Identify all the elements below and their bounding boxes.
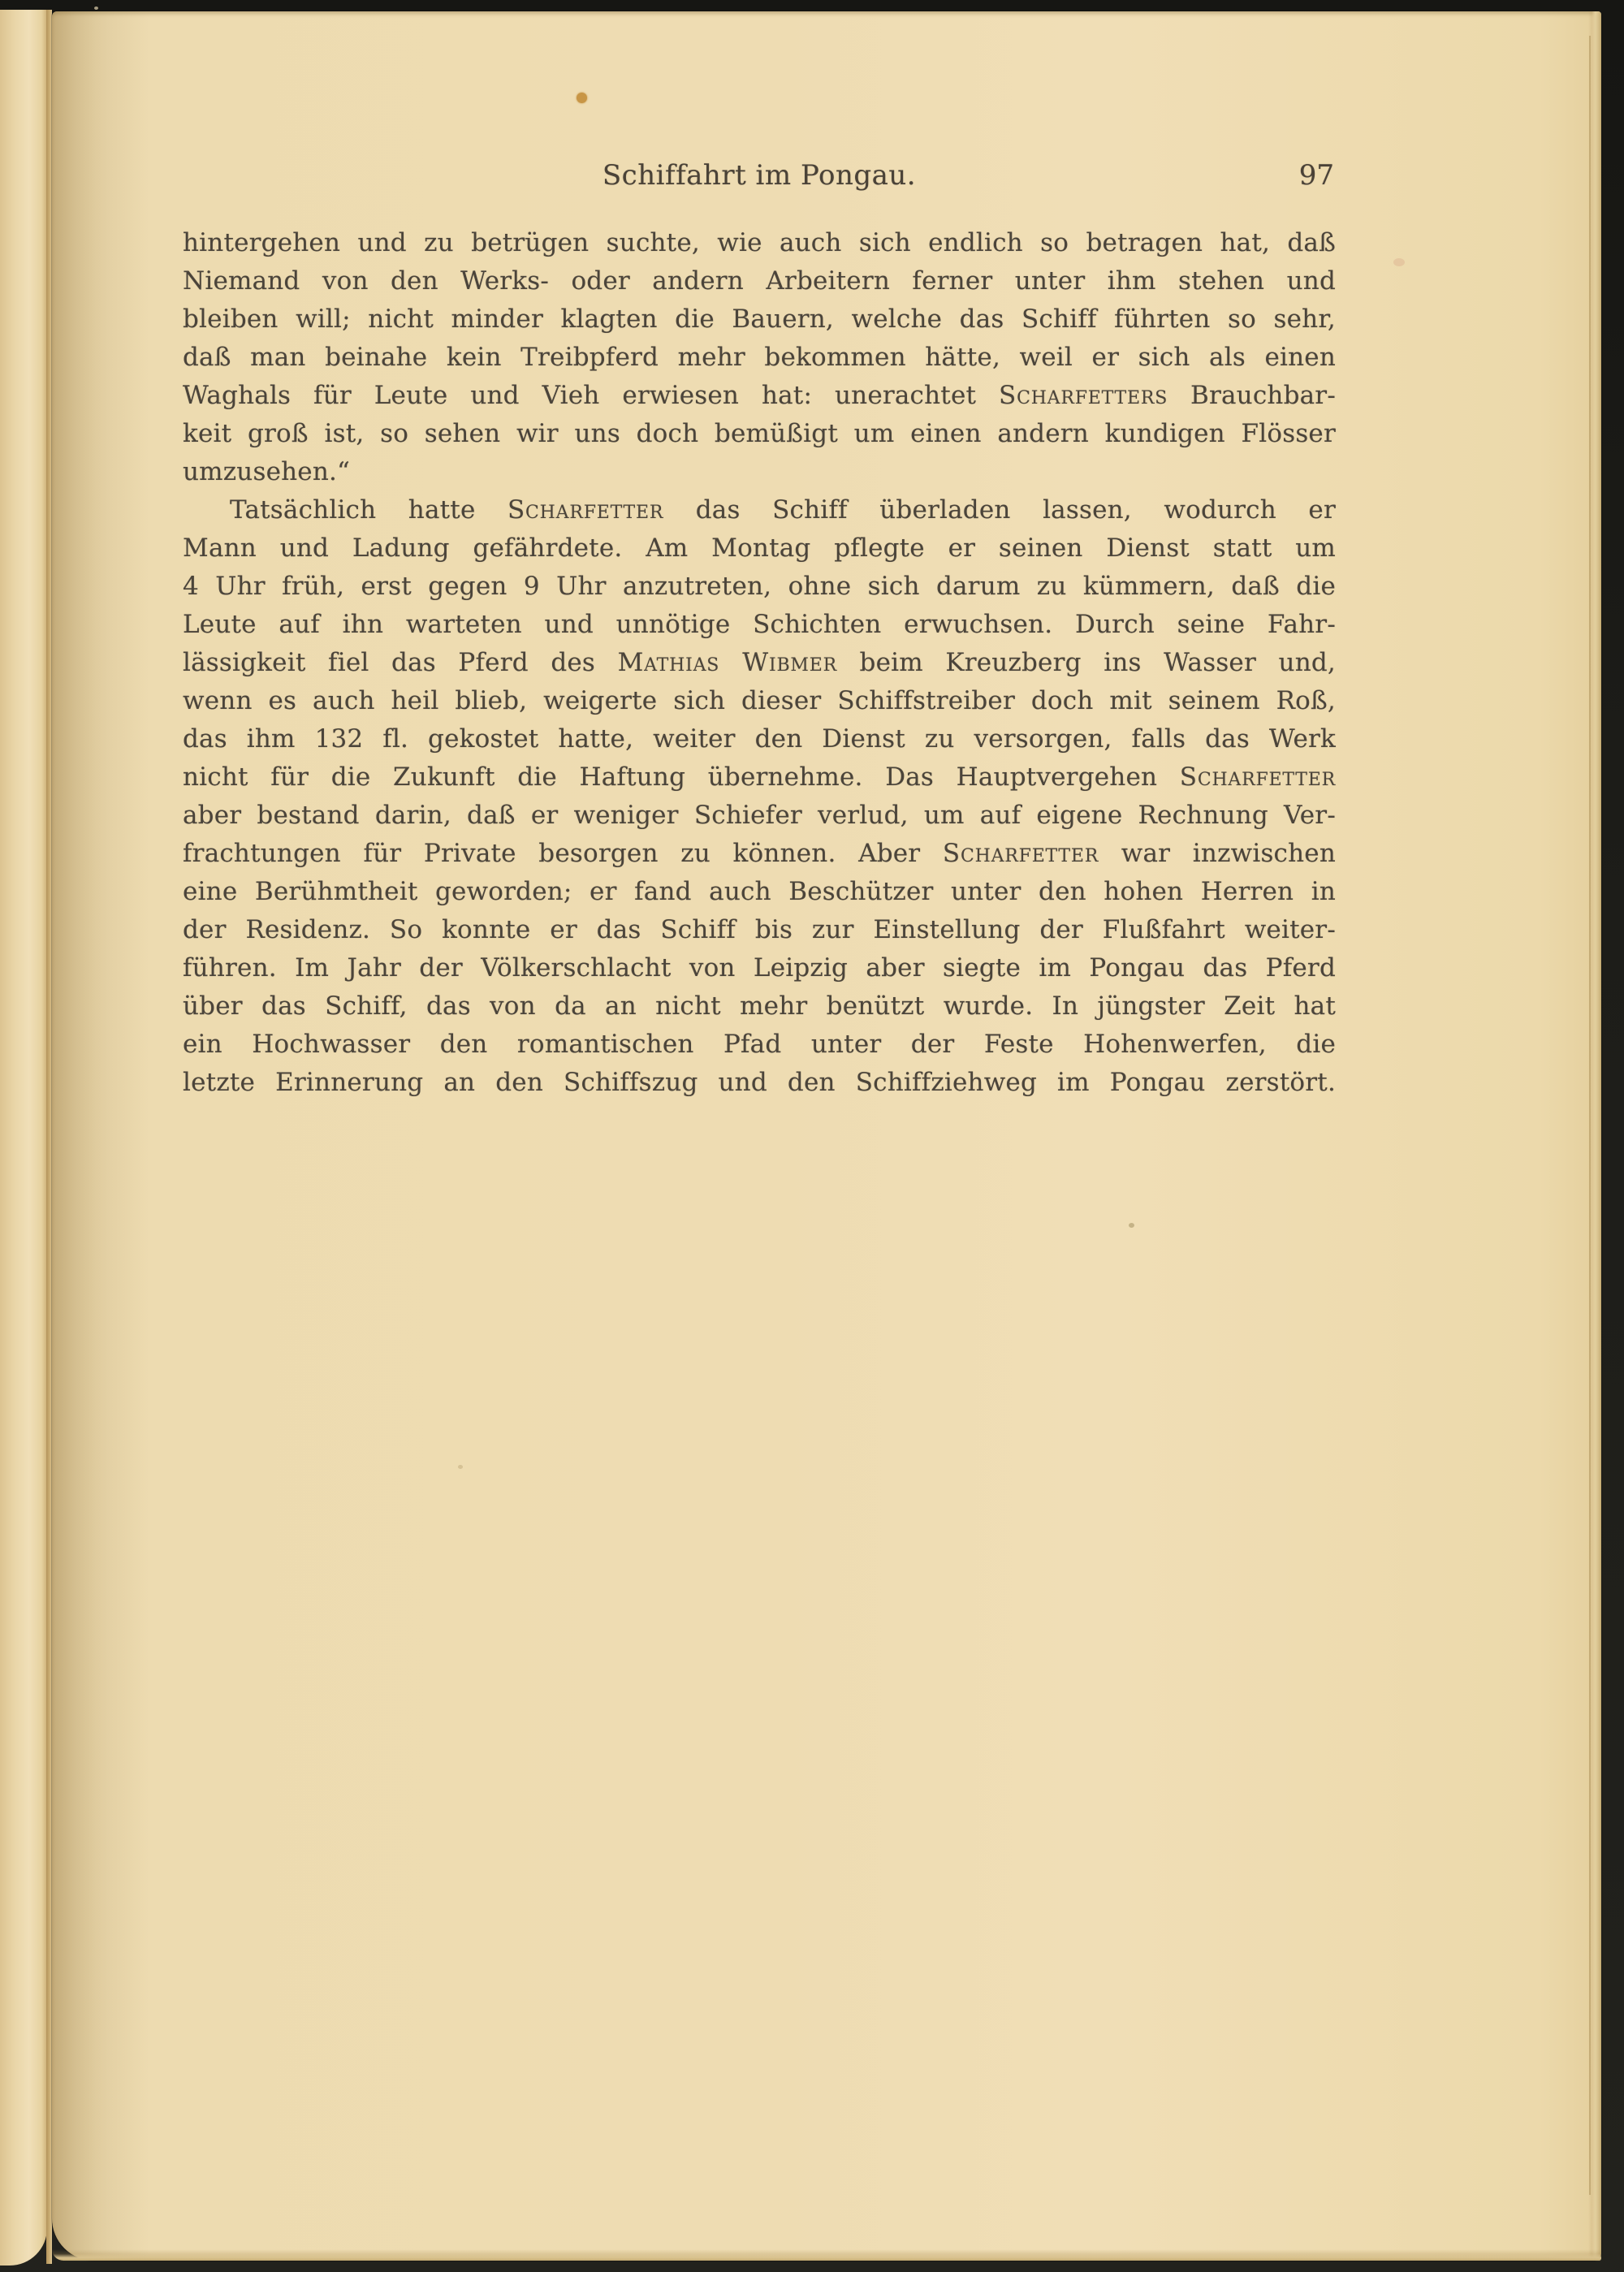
paragraph: Tatsächlich hatte Scharfetter das Schiff…	[183, 491, 1336, 1102]
scanned-book-photo: { "colors": { "paper": "#eedcb2", "paper…	[0, 0, 1624, 2272]
text-line: führen. Im Jahr der Völkerschlacht von L…	[183, 949, 1336, 987]
page-gutter-shadow	[52, 11, 149, 2261]
page-bottom-edge	[52, 2249, 1601, 2261]
text-line: lässigkeit fiel das Pferd des Mathias Wi…	[183, 644, 1336, 682]
small-caps-name: Scharfetter	[1180, 762, 1336, 792]
text-line: eine Berühmtheit geworden; er fand auch …	[183, 873, 1336, 911]
paper-speck	[458, 1465, 463, 1469]
text-line: letzte Erinnerung an den Schiffszug und …	[183, 1064, 1336, 1102]
paper-smudge	[1393, 258, 1405, 266]
paper-speck	[1129, 1223, 1134, 1228]
running-title: Schiffahrt im Pongau.	[183, 158, 1336, 193]
text-line: Waghals für Leute und Vieh erwiesen hat:…	[183, 377, 1336, 415]
text-line: wenn es auch heil blieb, weigerte sich d…	[183, 682, 1336, 720]
book-page: Schiffahrt im Pongau. 97 hintergehen und…	[52, 11, 1601, 2261]
small-caps-name: Mathias Wibmer	[618, 648, 837, 677]
body-text: hintergehen und zu betrügen suchte, wie …	[183, 224, 1336, 1102]
text-line: keit groß ist, so sehen wir uns doch bem…	[183, 415, 1336, 453]
text-line: über das Schiff, das von da an nicht meh…	[183, 987, 1336, 1026]
text-line: daß man beinahe kein Treibpferd mehr bek…	[183, 339, 1336, 377]
text-line: Mann und Ladung gefährdete. Am Montag pf…	[183, 529, 1336, 568]
gutter-crease	[46, 10, 52, 2264]
text-line: Tatsächlich hatte Scharfetter das Schiff…	[183, 491, 1336, 529]
paragraph: hintergehen und zu betrügen suchte, wie …	[183, 224, 1336, 491]
left-page-edge	[0, 10, 47, 2266]
text-line: Niemand von den Werks- oder andern Arbei…	[183, 262, 1336, 300]
page-right-edge	[1588, 11, 1601, 2261]
dust-speck	[94, 6, 98, 10]
text-line: aber bestand darin, daß er weniger Schie…	[183, 797, 1336, 835]
text-line: das ihm 132 fl. gekostet hatte, weiter d…	[183, 720, 1336, 758]
text-line: frachtungen für Private besorgen zu könn…	[183, 835, 1336, 873]
page-number: 97	[1299, 158, 1334, 193]
small-caps-name: Scharfetters	[999, 381, 1168, 410]
small-caps-name: Scharfetter	[943, 839, 1099, 868]
text-line: ein Hochwasser den romantischen Pfad unt…	[183, 1026, 1336, 1064]
text-line: Leute auf ihn warteten und unnötige Schi…	[183, 606, 1336, 644]
text-line: 4 Uhr früh, erst gegen 9 Uhr anzutreten,…	[183, 568, 1336, 606]
text-line: der Residenz. So konnte er das Schiff bi…	[183, 911, 1336, 949]
page-header: Schiffahrt im Pongau. 97	[183, 158, 1336, 193]
text-line: umzusehen.“	[183, 453, 1336, 491]
paper-stain-dot	[577, 93, 587, 103]
text-line: bleiben will; nicht minder klagten die B…	[183, 300, 1336, 339]
text-line: hintergehen und zu betrügen suchte, wie …	[183, 224, 1336, 262]
small-caps-name: Scharfetter	[508, 495, 663, 525]
text-line: nicht für die Zukunft die Haftung überne…	[183, 758, 1336, 797]
